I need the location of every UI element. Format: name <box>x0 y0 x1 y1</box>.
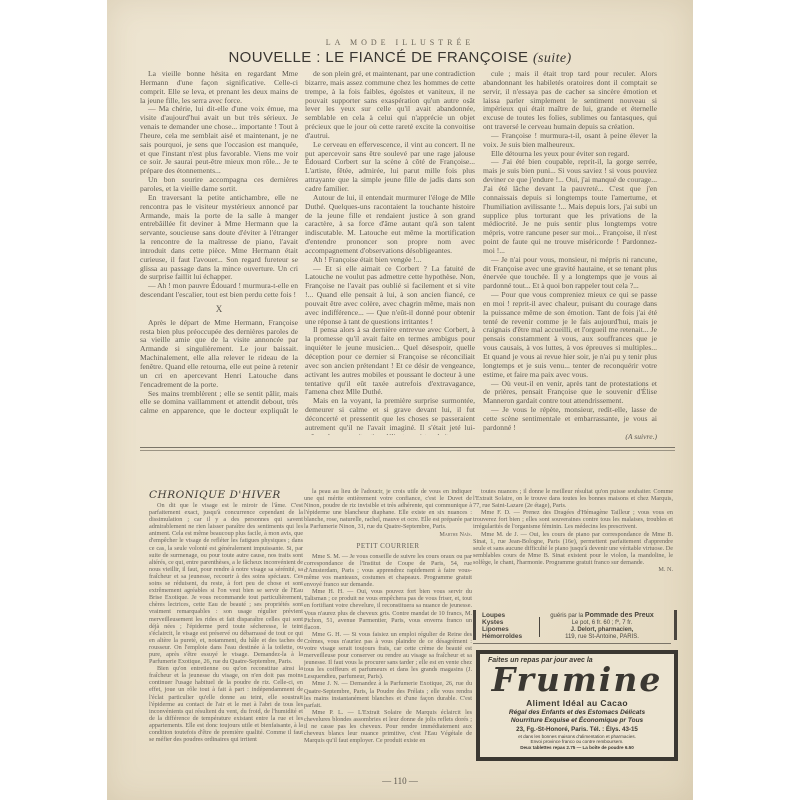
paragraph: — Je vous le répète, monsieur, redit-ell… <box>483 406 657 433</box>
story-column-3: cule ; mais il était trop tard pour recu… <box>483 70 657 440</box>
pommade-details: guéris par la Pommade des Preux Le pot, … <box>534 612 670 641</box>
paragraph: Mme P. L. — L'Extrait Solaire de Marquis… <box>304 709 472 744</box>
pommade-price: Le pot, 6 fr. 60 ; fº, 7 fr. <box>534 620 670 627</box>
to-be-continued: (A suivre.) <box>625 432 657 440</box>
frumine-advertisement: Faites un repas par jour avec la Frumine… <box>476 650 678 761</box>
story-col1-part-a: La vieille bonne hésita en regardant Mme… <box>140 70 298 300</box>
headline-title: NOUVELLE : LE FIANCÉ DE FRANÇOISE <box>228 49 528 66</box>
paragraph: — Où veut-il en venir, après tant de pro… <box>483 380 657 407</box>
story-column-2: de son plein gré, et maintenant, par une… <box>305 70 475 435</box>
paragraph: Un bon sourire accompagna ces dernières … <box>140 176 298 194</box>
paragraph: La vieille bonne hésita en regardant Mme… <box>140 70 298 105</box>
paragraph: Mme S. M. — Je vous conseille de suivre … <box>304 553 472 588</box>
ailment-item: Loupes <box>482 612 522 619</box>
newspaper-page: LA MODE ILLUSTRÉE NOUVELLE : LE FIANCÉ D… <box>107 0 693 800</box>
frumine-small-3: Deux tablettes repas 2.75 — La boîte de … <box>484 745 670 750</box>
frumine-slogan: Aliment Idéal au Cacao <box>480 698 674 708</box>
pommade-address: 119, rue St-Antoine, PARIS. <box>534 634 670 641</box>
paragraph: la peau au lieu de l'adoucir, je crois u… <box>304 488 472 531</box>
courrier-title: PETIT COURRIER <box>304 543 472 550</box>
paragraph: — Ah ! mon pauvre Édouard ! murmura-t-el… <box>140 282 298 300</box>
frumine-small-2: Envoi province franco ou contre rembours… <box>484 739 670 744</box>
paragraph: — J'ai été bien coupable, reprit-il, la … <box>483 158 657 255</box>
paragraph: toutes nuances ; il donne le meilleur ré… <box>473 488 673 509</box>
paragraph: Ses mains tremblèrent ; elle se sentit p… <box>140 390 298 415</box>
paragraph: — Et si elle aimait ce Corbert ? La fatu… <box>305 265 475 327</box>
paragraph: Bien qu'on entretienne ou qu'on reconsti… <box>149 665 303 743</box>
paragraph: Mme G. H. — Si vous faisiez un emploi ré… <box>304 631 472 681</box>
paragraph: Mme F. D. — Prenez des Dragées d'Hémagèn… <box>473 509 673 530</box>
paragraph: On dit que le visage est le miroir de l'… <box>149 502 303 665</box>
page-number: — 110 — <box>107 776 693 786</box>
paragraph: En traversant la petite antichambre, ell… <box>140 194 298 282</box>
section-divider <box>140 447 675 448</box>
paragraph: Mais en la voyant, la première surprise … <box>305 397 475 435</box>
ailment-item: Kystes <box>482 619 522 626</box>
paragraph: Autour de lui, il entendait murmurer l'é… <box>305 194 475 256</box>
frumine-address: 23, Fg.-St-Honoré, Paris. Tél. : Élys. 4… <box>484 726 670 733</box>
chronique-title: CHRONIQUE D'HIVER <box>149 489 281 501</box>
section-divider-thin <box>140 450 675 451</box>
headline-suite: (suite) <box>533 51 572 66</box>
paragraph: — Françoise ! murmura-t-il, osant à pein… <box>483 132 657 150</box>
ad-separator <box>473 643 671 644</box>
story-col1-part-b: Après le départ de Mme Hermann, François… <box>140 319 298 415</box>
paragraph: Mme J. N. — Demandez à la Parfumerie Exo… <box>304 680 472 708</box>
paragraph: Le cerveau en effervescence, il vint au … <box>305 141 475 194</box>
ailment-item: Lipomes <box>482 626 522 633</box>
courrier-col2-text: Mme S. M. — Je vous conseille de suivre … <box>304 553 472 745</box>
paragraph: Mme M. de J. — Oui, les cours de piano p… <box>473 531 673 566</box>
chronique-col1-text: On dit que le visage est le miroir de l'… <box>149 502 303 743</box>
chapter-number: X <box>140 305 298 314</box>
chronique-signature: Marthe Naïs. <box>304 531 472 538</box>
paragraph: Après le départ de Mme Hermann, François… <box>140 319 298 390</box>
paragraph: de son plein gré, et maintenant, par une… <box>305 70 475 141</box>
paragraph: — Je n'ai pour vous, monsieur, ni mépris… <box>483 256 657 291</box>
courrier-col3-text: toutes nuances ; il donne le meilleur ré… <box>473 488 673 566</box>
to-be-continued-line: (A suivre.) <box>483 433 657 440</box>
story-headline: NOUVELLE : LE FIANCÉ DE FRANÇOISE (suite… <box>107 49 693 67</box>
pommade-pharmacist: J. Delort, pharmacien, <box>534 627 670 634</box>
paragraph: Il pensa alors à sa dernière entrevue av… <box>305 326 475 397</box>
paragraph: cule ; mais il était trop tard pour recu… <box>483 70 657 132</box>
courrier-column-3: toutes nuances ; il donne le meilleur ré… <box>473 488 673 606</box>
courrier-signature: M. N. <box>473 566 673 573</box>
story-col3-text: cule ; mais il était trop tard pour recu… <box>483 70 657 433</box>
masthead: LA MODE ILLUSTRÉE <box>107 38 693 47</box>
chronique-column-2: la peau au lieu de l'adoucir, je crois u… <box>304 488 472 761</box>
story-col2-text: de son plein gré, et maintenant, par une… <box>305 70 475 435</box>
frumine-line-1: Régal des Enfants et des Estomacs Délica… <box>484 709 670 716</box>
story-column-1: La vieille bonne hésita en regardant Mme… <box>140 70 298 415</box>
ailment-item: Hémorroïdes <box>482 633 522 640</box>
chronique-col2-text: la peau au lieu de l'adoucir, je crois u… <box>304 488 472 531</box>
pommade-advertisement: Loupes Kystes Lipomes Hémorroïdes guéris… <box>473 610 677 640</box>
pommade-brand: Pommade des Preux <box>585 612 654 619</box>
frumine-line-2: Nourriture Exquise et Économique pr Tous <box>484 717 670 724</box>
paragraph: — Pour que vous compreniez mieux ce qui … <box>483 291 657 379</box>
frumine-brand: Frumine <box>480 663 674 697</box>
paragraph: — Ma chérie, lui dit-elle d'une voix ému… <box>140 105 298 176</box>
chronique-column-1: On dit que le visage est le miroir de l'… <box>149 502 303 762</box>
cure-prefix: guéris par la <box>550 613 583 619</box>
paragraph: Mme H. H. — Oui, vous pouvez fort bien v… <box>304 588 472 631</box>
ailment-list: Loupes Kystes Lipomes Hémorroïdes <box>482 612 522 640</box>
